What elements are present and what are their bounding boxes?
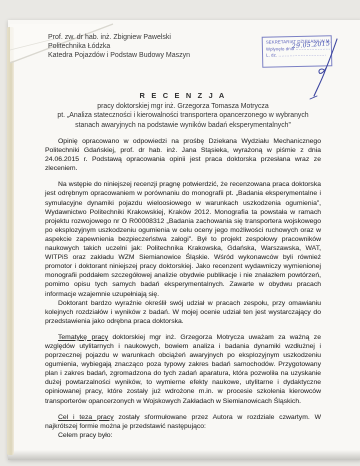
dean-office-stamp: SEKRETARIAT DZIEKANA W.M. Wpłynęło dnia … — [262, 35, 333, 67]
reviewer-department: Katedra Pojazdów i Podstaw Budowy Maszyn — [48, 51, 248, 60]
stamp-ref-line: L. dz. .............................. — [266, 51, 328, 59]
scan-bottom-shadow — [8, 450, 360, 460]
page-edge-strip — [7, 27, 14, 455]
paragraph-topic-assessment: Tematykę pracy doktorskiej mgr inż. Grze… — [45, 333, 321, 406]
paragraph-commission: Opinię opracowano w odpowiedzi na prośbę… — [45, 137, 321, 173]
paragraph-aim-and-thesis: Cel i teza pracy zostały sformułowane pr… — [45, 413, 321, 431]
paragraph-candidate-contribution: Doktorant bardzo wyraźnie określił swój … — [45, 299, 321, 326]
scanned-review-document: { "reviewer": { "name_line": "Prof. zw. … — [0, 0, 360, 466]
paragraph-monograph-comparison: Na wstępie do niniejszej recenzji pragnę… — [45, 180, 321, 298]
review-heading: R E C E N Z J A — [42, 91, 324, 100]
reviewer-institution: Politechnika Łódzka — [48, 42, 248, 51]
stamp-ref-label: L. dz. — [266, 52, 277, 57]
reviewer-name: Prof. zw. dr hab. inż. Zbigniew Pawelski — [48, 33, 248, 42]
review-title-line4: stanach awaryjnych na podstawie wyników … — [42, 121, 324, 130]
reviewer-address-block: Prof. zw. dr hab. inż. Zbigniew Pawelski… — [48, 33, 248, 60]
stamp-received-label: Wpłynęło dnia — [266, 46, 294, 52]
review-body: Opinię opracowano w odpowiedzi na prośbę… — [45, 137, 321, 440]
review-title-block: R E C E N Z J A pracy doktorskiej mgr in… — [42, 91, 324, 130]
paragraph-aim-intro-line: Celem pracy było: — [45, 431, 321, 440]
stamp-ref-dots: .............................. — [278, 51, 326, 57]
review-title-line2: pracy doktorskiej mgr inż. Grzegorza Tom… — [42, 102, 324, 111]
review-title-line3: pt. „Analiza stateczności i kierowalnośc… — [42, 111, 324, 120]
